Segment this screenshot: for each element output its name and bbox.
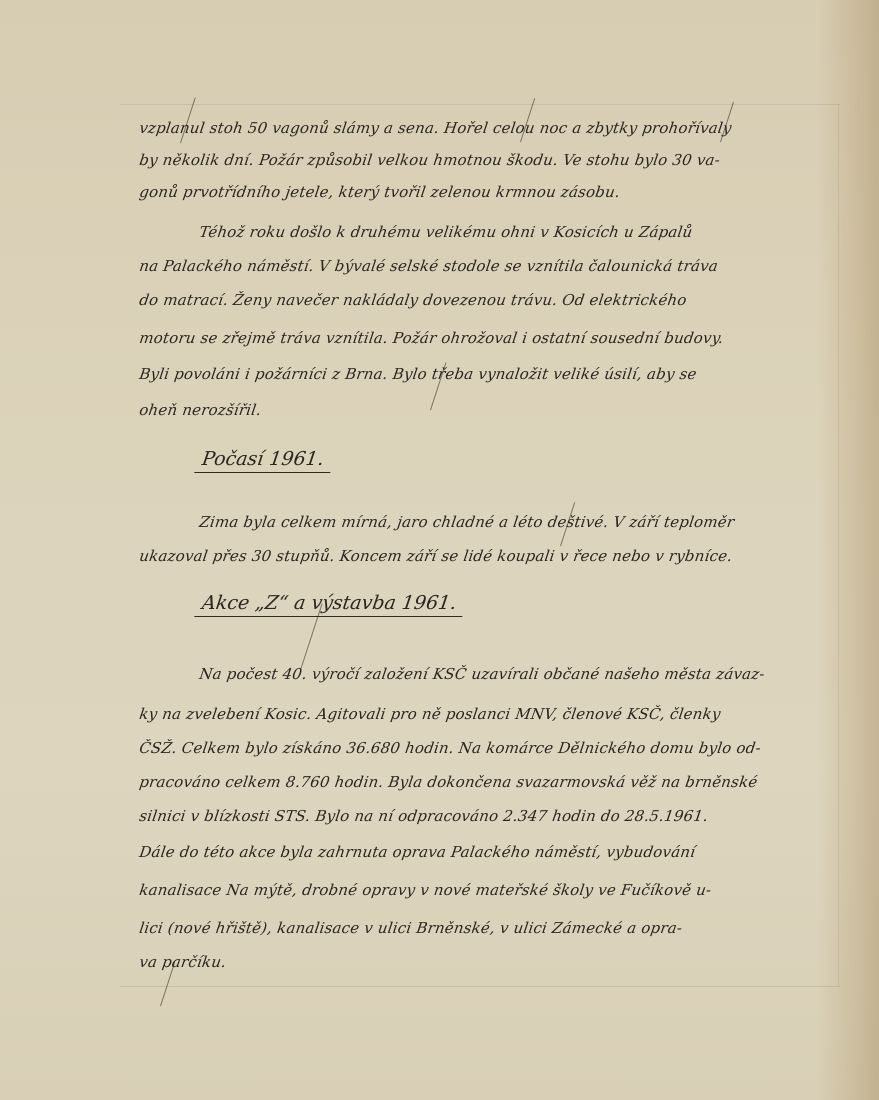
- text-line: silnici v blízkosti STS. Bylo na ní odpr…: [138, 806, 710, 826]
- text-line: do matrací. Ženy navečer nakládaly dovez…: [138, 290, 688, 310]
- right-margin-line: [838, 104, 839, 986]
- text-line: Byli povoláni i požárníci z Brna. Bylo t…: [138, 364, 698, 384]
- text-line: ukazoval přes 30 stupňů. Koncem září se …: [138, 546, 734, 566]
- bottom-rule: [120, 986, 840, 987]
- text-line: motoru se zřejmě tráva vznítila. Požár o…: [138, 328, 725, 348]
- text-line: ČSŽ. Celkem bylo získáno 36.680 hodin. N…: [138, 738, 762, 758]
- text-line: pracováno celkem 8.760 hodin. Byla dokon…: [138, 772, 759, 792]
- text-line: Téhož roku došlo k druhému velikému ohni…: [198, 222, 694, 242]
- text-line: va parčíku.: [138, 952, 228, 972]
- text-line: na Palackého náměstí. V bývalé selské st…: [138, 256, 719, 276]
- text-line: gonů prvotřídního jetele, který tvořil z…: [138, 182, 621, 202]
- text-line: by několik dní. Požár způsobil velkou hm…: [138, 150, 721, 170]
- text-line: ky na zvelebení Kosic. Agitovali pro ně …: [138, 704, 722, 724]
- text-line: kanalisace Na mýtě, drobné opravy v nové…: [138, 880, 713, 900]
- weather-heading: Počasí 1961.: [194, 448, 333, 473]
- action-z-heading: Akce „Z“ a výstavba 1961.: [194, 592, 466, 617]
- text-line: Na počest 40. výročí založení KSČ uzavír…: [198, 664, 766, 684]
- text-line: Zima byla celkem mírná, jaro chladné a l…: [198, 512, 736, 532]
- chronicle-page: vzplanul stoh 50 vagonů slámy a sena. Ho…: [0, 0, 879, 1100]
- text-line: Dále do této akce byla zahrnuta oprava P…: [138, 842, 697, 862]
- text-line: lici (nové hřiště), kanalisace v ulici B…: [138, 918, 684, 938]
- text-line: oheň nerozšířil.: [138, 400, 263, 420]
- text-line: vzplanul stoh 50 vagonů slámy a sena. Ho…: [138, 118, 733, 138]
